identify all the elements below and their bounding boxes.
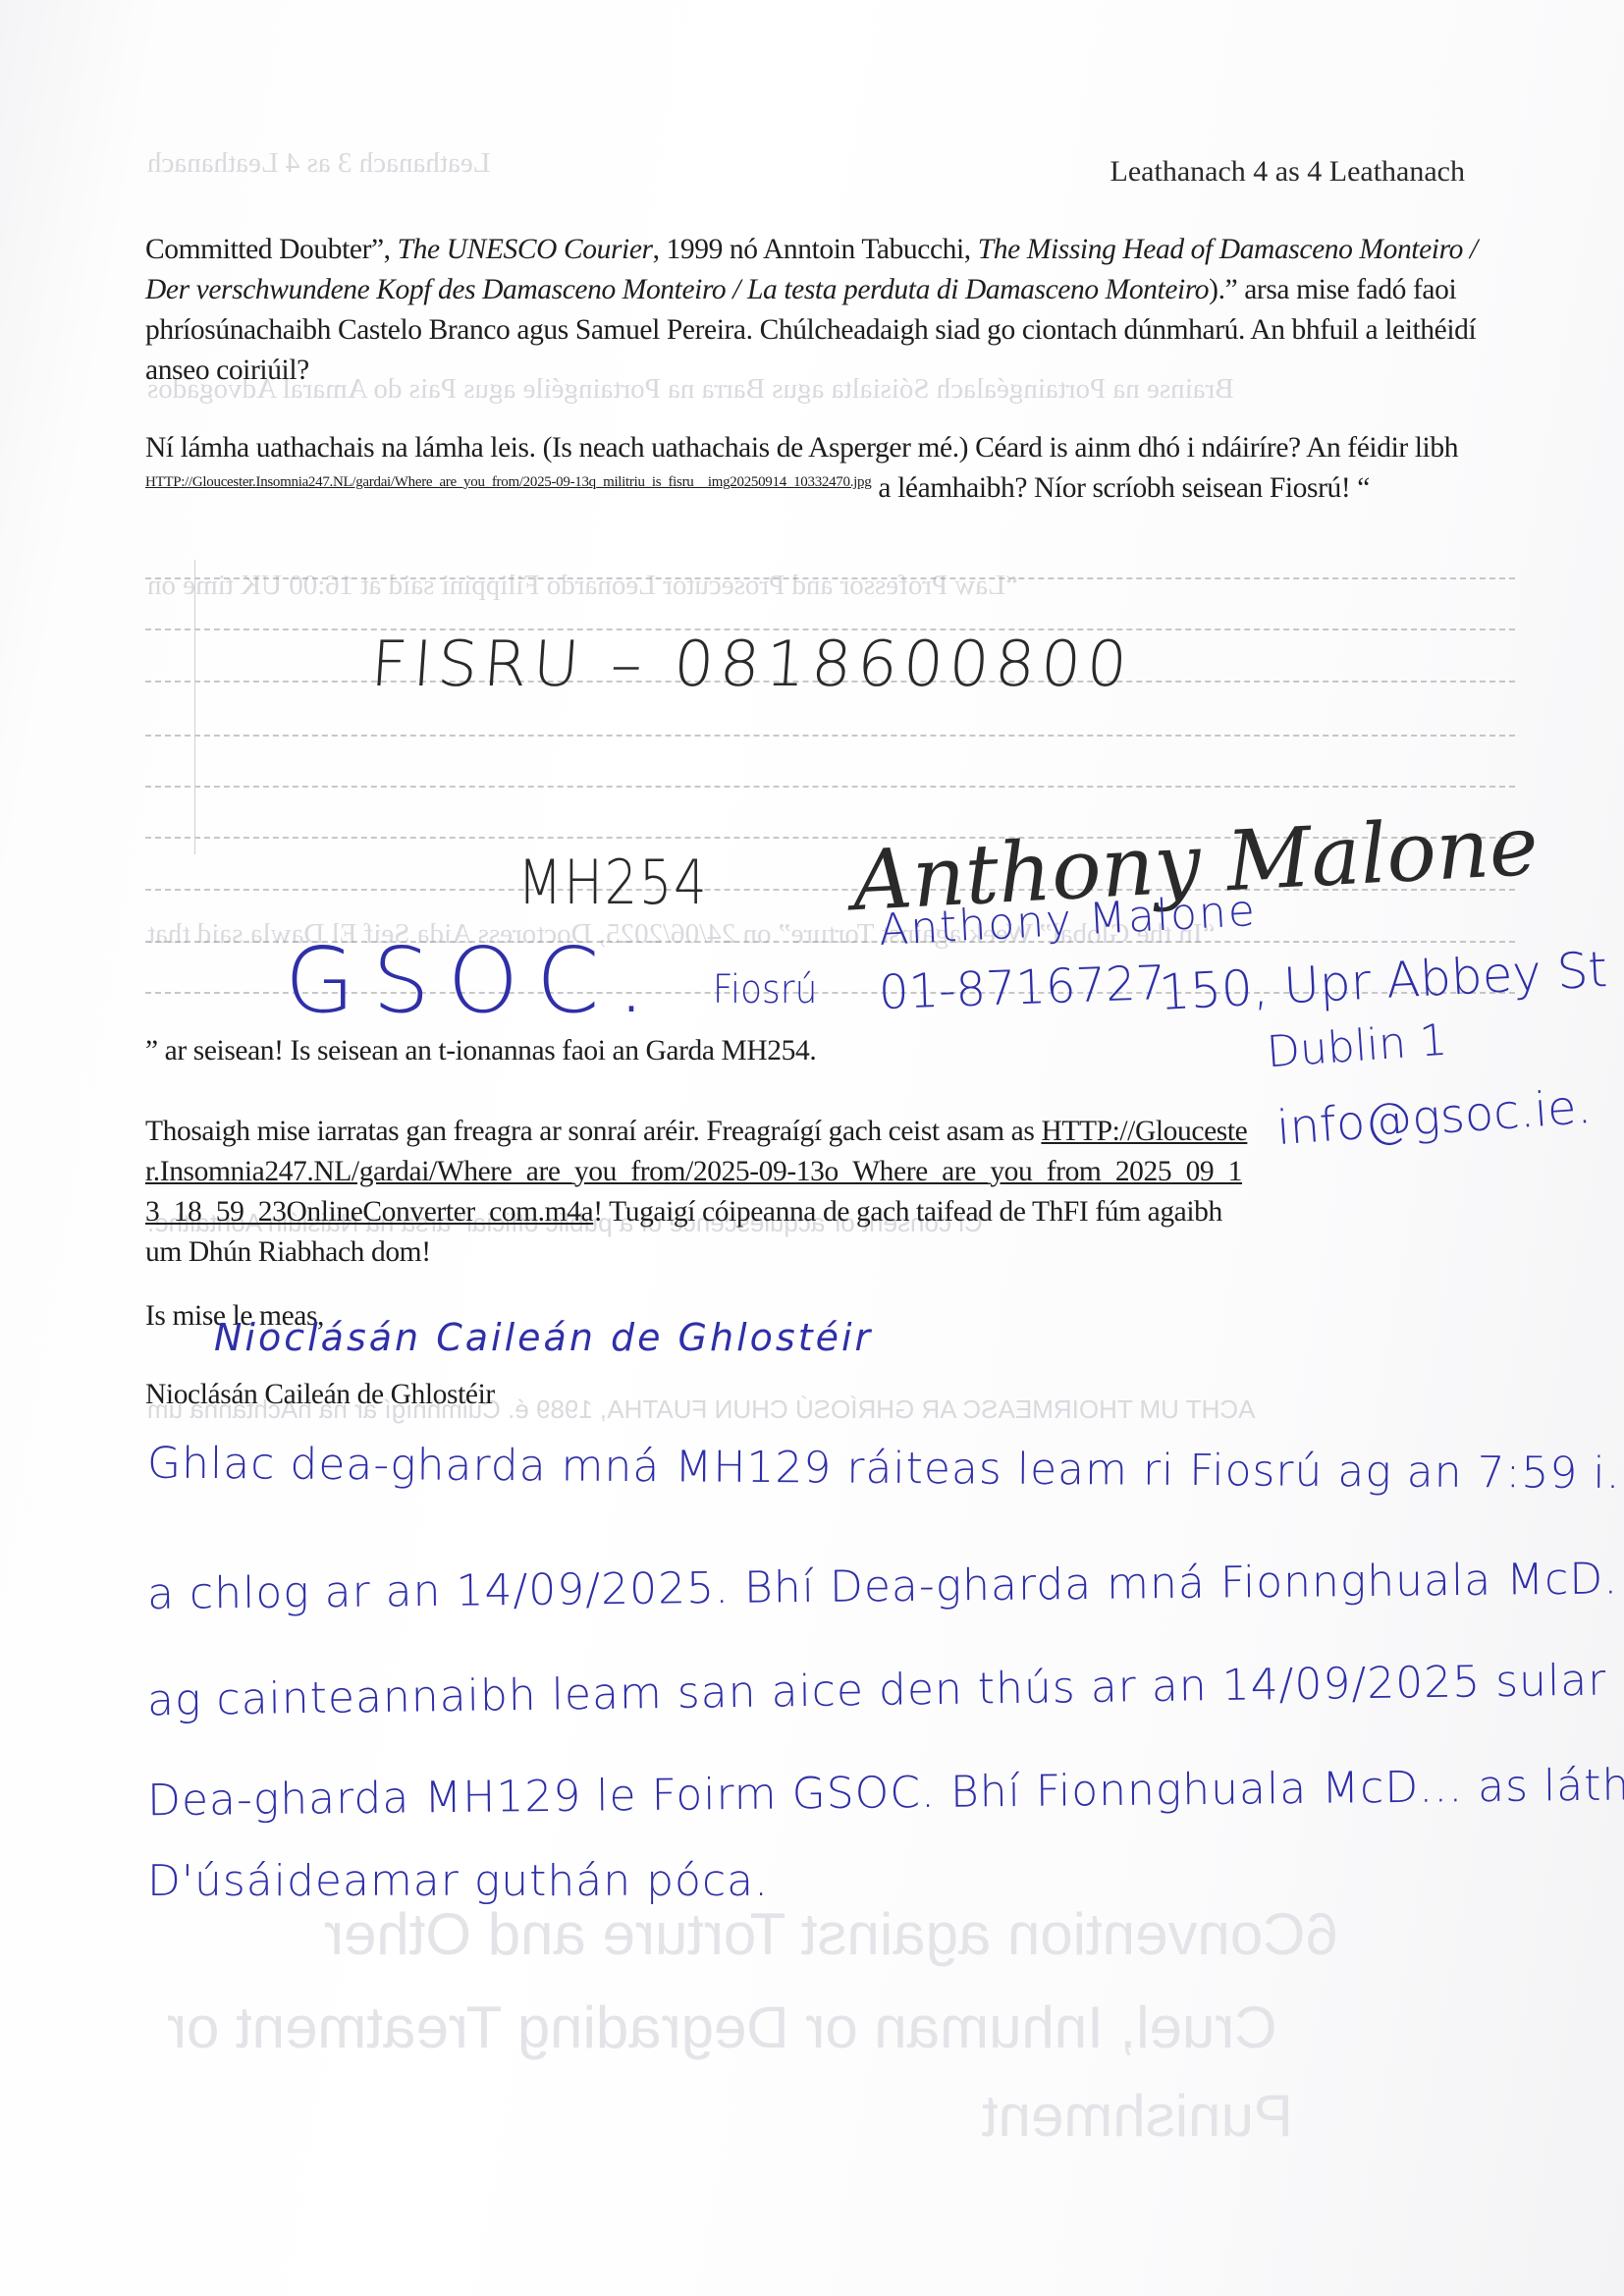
paragraph-request: Thosaigh mise iarratas gan freagra ar so… (145, 1112, 1255, 1273)
text: Ní lámha uathachais na lámha leis. (Is n… (145, 432, 1458, 464)
text: a léamhaibh? Níor scríobh seisean Fiosrú… (871, 472, 1370, 504)
paragraph-citation: Committed Doubter”, The UNESCO Courier, … (145, 230, 1520, 391)
form-margin-line (194, 560, 195, 854)
handwritten-gsoc-address: 150, Upr Abbey St (1158, 941, 1609, 1021)
handwritten-note-line: D'úsáideamar guthán póca. (147, 1856, 769, 1906)
paragraph-identity: ” ar seisean! Is seisean an t-ionannas f… (145, 1031, 1225, 1071)
handwritten-officer-id: MH254 (517, 847, 708, 918)
handwritten-fisru-number: FISRU – 0818600800 (368, 629, 1135, 701)
author-name-printed: Nioclásán Caileán de Ghlostéir (145, 1375, 734, 1415)
form-rule (145, 577, 1515, 579)
handwritten-note-line: Ghlac dea-gharda mná MH129 ráiteas leam … (147, 1439, 1624, 1500)
handwritten-note-line: ag cainteannaibh leam san aice den thús … (147, 1654, 1624, 1726)
form-rule (145, 786, 1515, 788)
handwritten-gsoc-label: GSOC. (285, 928, 664, 1033)
bleed-through-footer: Cruel, Inhuman or Degrading Treatment or (167, 1994, 1277, 2061)
author-signature: Nioclásán Caileán de Ghlostéir (214, 1316, 873, 1359)
handwritten-note-line: a chlog ar an 14/09/2025. Bhí Dea-gharda… (147, 1554, 1624, 1619)
bleed-through-footer: Punishment (982, 2082, 1293, 2150)
image-link[interactable]: HTTP://Gloucester.Insomnia247.NL/gardai/… (145, 474, 871, 490)
form-rule (145, 735, 1515, 737)
handwritten-gsoc-city: Dublin 1 (1265, 1015, 1448, 1078)
text: Thosaigh mise iarratas gan freagra ar so… (145, 1116, 1041, 1147)
italic-title: The UNESCO Courier (398, 234, 653, 265)
paragraph-question: Ní lámha uathachais na lámha leis. (Is n… (145, 428, 1520, 509)
handwritten-fiosru-label: Fiosrú (713, 967, 817, 1012)
handwritten-note-line: Dea-gharda MH129 le Foirm GSOC. Bhí Fion… (147, 1760, 1624, 1827)
bleed-through-header: Leathanach 3 as 4 Leathanach (147, 147, 490, 180)
text: Committed Doubter”, (145, 234, 398, 265)
bleed-through-footer: 6Convention against Torture and Other (324, 1900, 1338, 1968)
handwritten-gsoc-email: info@gsoc.ie. (1274, 1079, 1593, 1156)
bleed-through-text: “Law Professor and Prosecutor Leonardo F… (147, 570, 1018, 602)
handwritten-gsoc-phone: 01-8716727 (878, 956, 1166, 1020)
scanned-letter-page: Leathanach 3 as 4 Leathanach Brainse na … (0, 0, 1624, 2296)
text: , 1999 nó Anntoin Tabucchi, (653, 234, 978, 265)
page-indicator: Leathanach 4 as 4 Leathanach (1110, 155, 1465, 189)
